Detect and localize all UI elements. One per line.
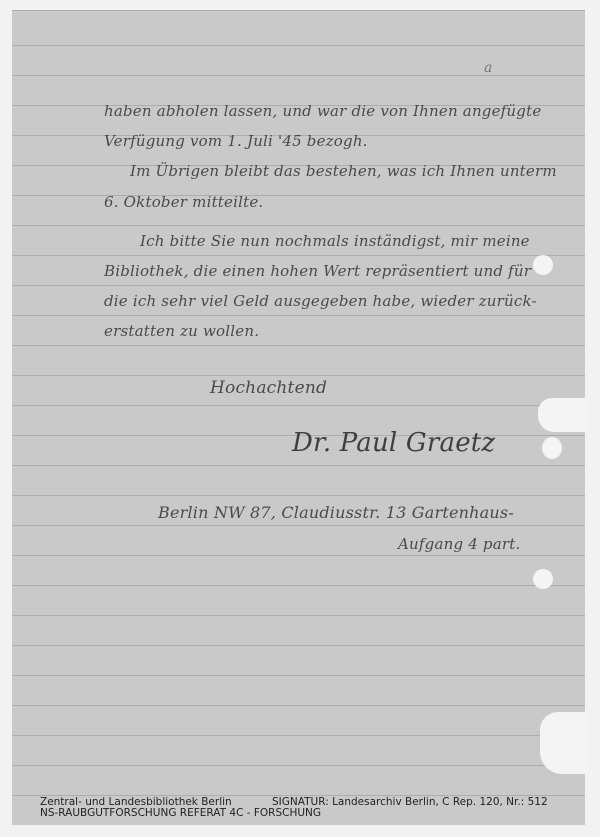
letter-line: erstatten zu wollen. [104, 322, 259, 340]
torn-edge [540, 712, 588, 774]
letter-line: Verfügung vom 1. Juli '45 bezogh. [104, 132, 368, 150]
letter-line: 6. Oktober mitteilte. [104, 193, 263, 211]
punch-hole [533, 569, 553, 589]
footer-department: NS-RAUBGUTFORSCHUNG REFERAT 4C - FORSCHU… [40, 808, 321, 819]
footer-signature-ref: SIGNATUR: Landesarchiv Berlin, C Rep. 12… [272, 797, 548, 808]
punch-hole [533, 255, 553, 275]
letter-line: haben abholen lassen, und war die von Ih… [104, 102, 541, 120]
address-line: Berlin NW 87, Claudiusstr. 13 Gartenhaus… [158, 503, 514, 522]
letter-line: Bibliothek, die einen hohen Wert repräse… [104, 262, 531, 280]
signature: Dr. Paul Graetz [292, 428, 495, 458]
punch-hole [542, 437, 562, 459]
letter-line: Im Übrigen bleibt das bestehen, was ich … [130, 162, 557, 180]
letter-line: Ich bitte Sie nun nochmals inständigst, … [140, 232, 530, 250]
corner-pencil-mark: a [484, 60, 492, 76]
archive-footer: Zentral- und Landesbibliothek Berlin NS-… [40, 797, 321, 819]
address-line: Aufgang 4 part. [398, 535, 520, 553]
letter-line: die ich sehr viel Geld ausgegeben habe, … [104, 292, 537, 310]
closing-salutation: Hochachtend [210, 378, 327, 398]
torn-edge [538, 398, 588, 432]
